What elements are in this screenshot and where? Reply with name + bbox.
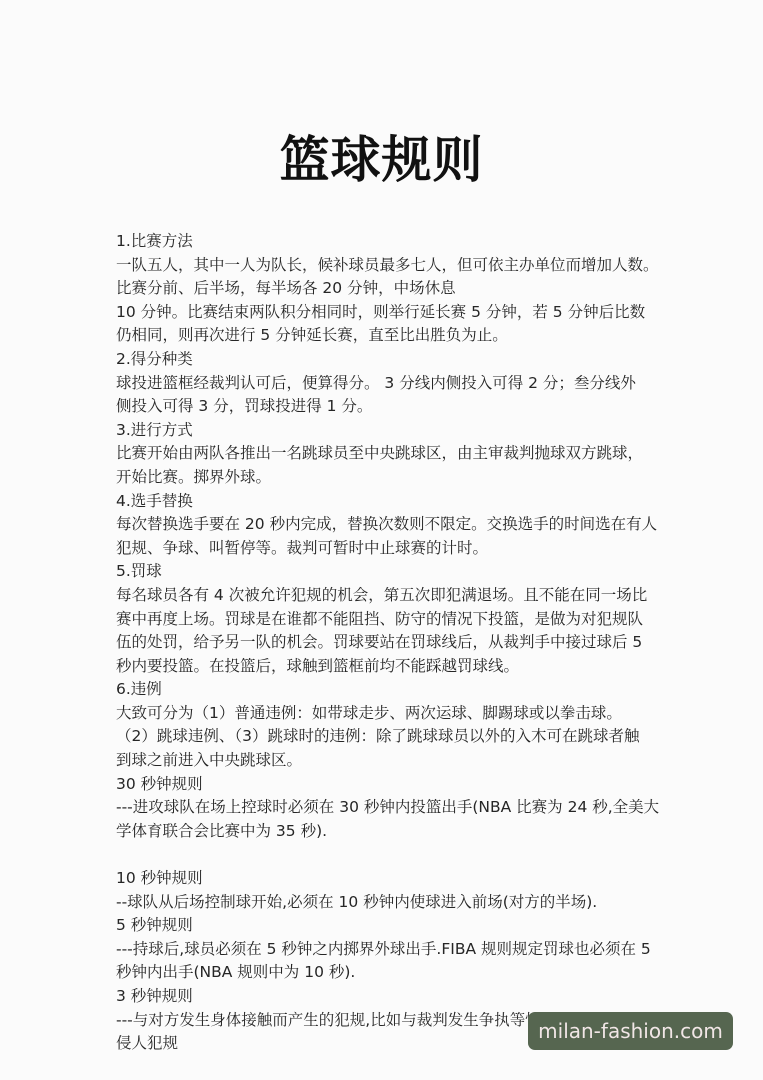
text-line: ---持球后,球员必须在 5 秒钟之内掷界外球出手.FIBA 规则规定罚球也必须… <box>116 938 656 962</box>
text-line: --球队从后场控制球开始,必须在 10 秒钟内使球进入前场(对方的半场). <box>116 891 656 915</box>
text-line: 10 分钟。比赛结束两队积分相同时，则举行延长赛 5 分钟，若 5 分钟后比数 <box>116 301 656 325</box>
section-heading: 6.违例 <box>116 678 656 702</box>
section-heading: 2.得分种类 <box>116 348 656 372</box>
text-line: 每次替换选手要在 20 秒内完成，替换次数则不限定。交换选手的时间选在有人 <box>116 513 656 537</box>
text-line: 秒内要投篮。在投篮后，球触到篮框前均不能踩越罚球线。 <box>116 655 656 679</box>
section-heading: 10 秒钟规则 <box>116 867 656 891</box>
text-line: 赛中再度上场。罚球是在谁都不能阻挡、防守的情况下投篮，是做为对犯规队 <box>116 608 656 632</box>
text-line: 球投进篮框经裁判认可后，便算得分。 3 分线内侧投入可得 2 分；叁分线外 <box>116 372 656 396</box>
text-line: 比赛分前、后半场，每半场各 20 分钟，中场休息 <box>116 277 656 301</box>
section-heading: 4.选手替换 <box>116 490 656 514</box>
text-line: 大致可分为（1）普通违例：如带球走步、两次运球、脚踢球或以拳击球。 <box>116 702 656 726</box>
section-heading: 3.进行方式 <box>116 419 656 443</box>
text-line: 仍相同，则再次进行 5 分钟延长赛，直至比出胜负为止。 <box>116 324 656 348</box>
text-line: 学体育联合会比赛中为 35 秒). <box>116 820 656 844</box>
text-line: 秒钟内出手(NBA 规则中为 10 秒). <box>116 961 656 985</box>
document-title: 篮球规则 <box>0 128 763 192</box>
text-line: 每名球员各有 4 次被允许犯规的机会，第五次即犯满退场。且不能在同一场比 <box>116 584 656 608</box>
text-line: （2）跳球违例、（3）跳球时的违例：除了跳球球员以外的入木可在跳球者触 <box>116 725 656 749</box>
text-line: 侧投入可得 3 分，罚球投进得 1 分。 <box>116 395 656 419</box>
text-line: ---进攻球队在场上控球时必须在 30 秒钟内投篮出手(NBA 比赛为 24 秒… <box>116 796 656 820</box>
text-line: 伍的处罚，给予另一队的机会。罚球要站在罚球线后，从裁判手中接过球后 5 <box>116 631 656 655</box>
section-heading: 3 秒钟规则 <box>116 985 656 1009</box>
section-heading: 5 秒钟规则 <box>116 914 656 938</box>
blank-line <box>116 843 656 867</box>
document-body: 1.比赛方法 一队五人，其中一人为队长，候补球员最多七人，但可依主办单位而增加人… <box>116 230 656 1056</box>
text-line: 开始比赛。掷界外球。 <box>116 466 656 490</box>
section-heading: 5.罚球 <box>116 560 656 584</box>
text-line: 到球之前进入中央跳球区。 <box>116 749 656 773</box>
text-line: 比赛开始由两队各推出一名跳球员至中央跳球区，由主审裁判抛球双方跳球， <box>116 442 656 466</box>
text-line: 一队五人，其中一人为队长，候补球员最多七人，但可依主办单位而增加人数。 <box>116 254 656 278</box>
watermark-badge: milan-fashion.com <box>528 1012 733 1050</box>
text-line: 犯规、争球、叫暂停等。裁判可暂时中止球赛的计时。 <box>116 537 656 561</box>
section-heading: 1.比赛方法 <box>116 230 656 254</box>
section-heading: 30 秒钟规则 <box>116 773 656 797</box>
